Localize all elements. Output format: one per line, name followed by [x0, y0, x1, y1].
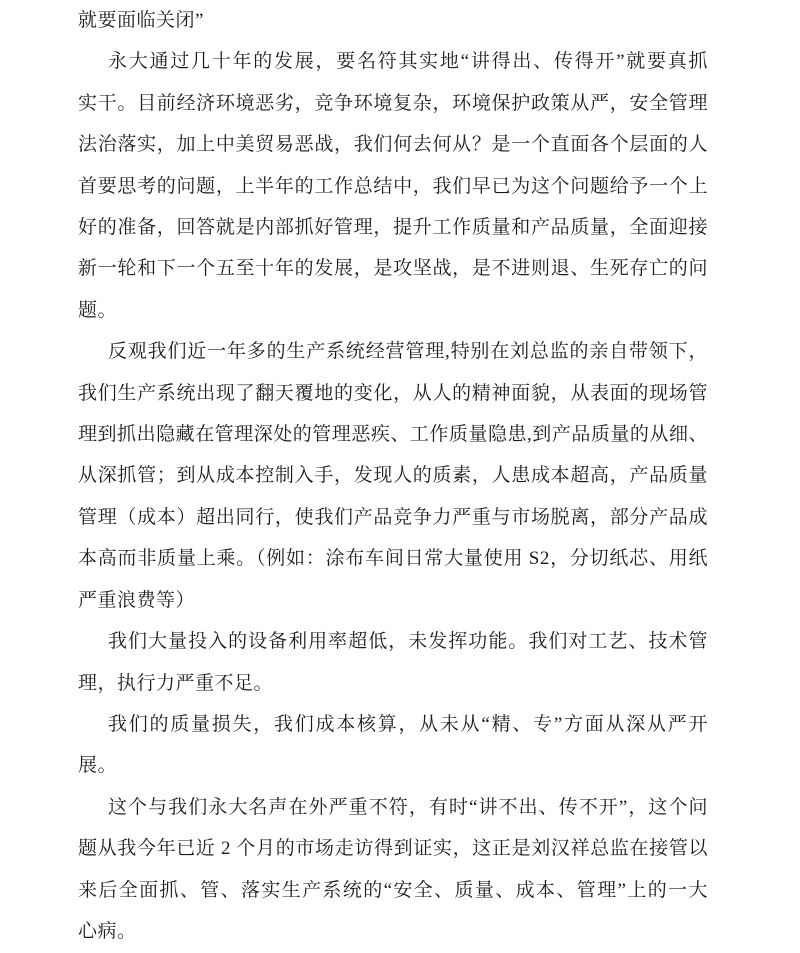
text-line: 我们的质量损失，我们成本核算，从未从“精、专”方面从深从严开	[78, 704, 708, 745]
text-line: 本高而非质量上乘。（例如：涂布车间日常大量使用 S2，分切纸芯、用纸	[78, 538, 708, 579]
text-line: 新一轮和下一个五至十年的发展，是攻坚战，是不进则退、生死存亡的问	[78, 248, 708, 289]
text-line: 心病。	[78, 911, 708, 952]
document-body: 就要面临关闭”永大通过几十年的发展，要名符其实地“讲得出、传得开”就要真抓实干。…	[78, 0, 708, 952]
text-line: 从深抓管；到从成本控制入手，发现人的质素，人患成本超高，产品质量	[78, 455, 708, 496]
text-line: 理到抓出隐藏在管理深处的管理恶疾、工作质量隐患,到产品质量的从细、	[78, 414, 708, 455]
text-line: 实干。目前经济环境恶劣，竞争环境复杂，环境保护政策从严，安全管理	[78, 83, 708, 124]
text-line: 永大通过几十年的发展，要名符其实地“讲得出、传得开”就要真抓	[78, 41, 708, 82]
text-line: 题。	[78, 290, 708, 331]
page: 就要面临关闭”永大通过几十年的发展，要名符其实地“讲得出、传得开”就要真抓实干。…	[0, 0, 800, 953]
paragraph: 就要面临关闭”	[78, 0, 708, 41]
text-line: 反观我们近一年多的生产系统经营管理,特别在刘总监的亲自带领下，	[78, 331, 708, 372]
paragraph: 这个与我们永大名声在外严重不符，有时“讲不出、传不开”，这个问题从我今年已近 2…	[78, 787, 708, 953]
paragraph: 我们大量投入的设备利用率超低，未发挥功能。我们对工艺、技术管理，执行力严重不足。	[78, 621, 708, 704]
text-line: 管理（成本）超出同行，使我们产品竞争力严重与市场脱离，部分产品成	[78, 497, 708, 538]
text-line: 法治落实，加上中美贸易恶战，我们何去何从？是一个直面各个层面的人	[78, 124, 708, 165]
text-line: 就要面临关闭”	[78, 0, 708, 41]
text-line: 我们生产系统出现了翻天覆地的变化，从人的精神面貌，从表面的现场管	[78, 373, 708, 414]
text-line: 我们大量投入的设备利用率超低，未发挥功能。我们对工艺、技术管	[78, 621, 708, 662]
text-line: 理，执行力严重不足。	[78, 663, 708, 704]
text-line: 首要思考的问题，上半年的工作总结中，我们早已为这个问题给予一个上	[78, 166, 708, 207]
text-line: 严重浪费等）	[78, 580, 708, 621]
text-line: 展。	[78, 745, 708, 786]
text-line: 题从我今年已近 2 个月的市场走访得到证实，这正是刘汉祥总监在接管以	[78, 828, 708, 869]
paragraph: 永大通过几十年的发展，要名符其实地“讲得出、传得开”就要真抓实干。目前经济环境恶…	[78, 41, 708, 331]
paragraph: 我们的质量损失，我们成本核算，从未从“精、专”方面从深从严开展。	[78, 704, 708, 787]
paragraph: 反观我们近一年多的生产系统经营管理,特别在刘总监的亲自带领下，我们生产系统出现了…	[78, 331, 708, 621]
document-page: { "page": { "background": "#ffffff", "te…	[0, 0, 800, 953]
text-line: 这个与我们永大名声在外严重不符，有时“讲不出、传不开”，这个问	[78, 787, 708, 828]
text-line: 来后全面抓、管、落实生产系统的“安全、质量、成本、管理”上的一大	[78, 870, 708, 911]
text-line: 好的准备，回答就是内部抓好管理，提升工作质量和产品质量，全面迎接	[78, 207, 708, 248]
